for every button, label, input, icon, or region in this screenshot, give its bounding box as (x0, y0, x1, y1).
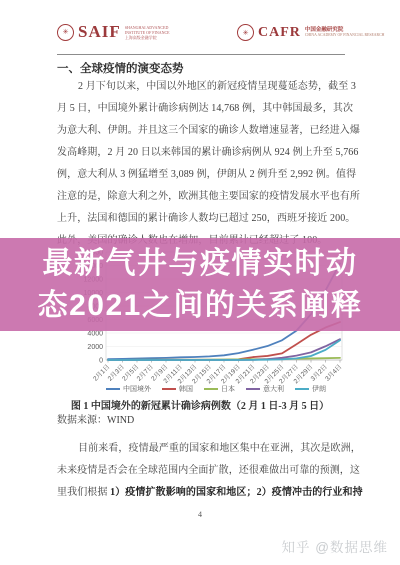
legend-line-swatch (106, 388, 120, 390)
header-logos: ✳ SAIF SHANGHAI ADVANCED INSTITUTE OF FI… (57, 20, 345, 50)
paragraph-line: 为意大利、伊朗。并且这三个国家的确诊人数增速显著，已经进入爆 (57, 120, 353, 142)
legend-label: 中国境外 (123, 384, 151, 394)
header-divider (57, 54, 345, 55)
paragraph-line: 2 月下旬以来，中国以外地区的新冠疫情呈现蔓延态势，截至 3 (57, 76, 353, 98)
cafr-seal-icon: ✳ (237, 24, 254, 41)
legend-label: 韩国 (179, 384, 193, 394)
legend-item: 意大利 (246, 384, 284, 394)
saif-logo: ✳ SAIF SHANGHAI ADVANCED INSTITUTE OF FI… (57, 22, 170, 42)
saif-seal-icon: ✳ (57, 24, 74, 41)
paragraph-outlook: 目前来看，疫情最严重的国家和地区集中在亚洲，其次是欧洲， 未来疫情是否会在全球范… (57, 438, 353, 504)
legend-item: 伊朗 (295, 384, 326, 394)
x-axis-tick-label: 3月4日 (323, 363, 343, 383)
y-axis-tick-label: 0 (99, 357, 103, 364)
cafr-logo: ✳ CAFR 中国金融研究院 CHINA ACADEMY OF FINANCIA… (237, 24, 384, 41)
saif-logo-text: SAIF (78, 22, 121, 42)
saif-sub-line: 上海高级金融学院 (125, 35, 170, 40)
saif-logo-subtext: SHANGHAI ADVANCED INSTITUTE OF FINANCE 上… (125, 25, 170, 40)
legend-label: 伊朗 (312, 384, 326, 394)
paragraph-line: 例，意大利从 3 例猛增至 3,089 例，伊朗从 2 例升至 2,992 例。… (57, 164, 353, 186)
legend-item: 中国境外 (106, 384, 151, 394)
paragraph-line: 注意的是，除意大利之外，欧洲其他主要国家的疫情发展水平也有所 (57, 186, 353, 208)
overlay-banner: 最新气井与疫情实时动 态2021之间的关系阐释 (0, 238, 400, 331)
paragraph-line: 上升，法国和德国的累计确诊人数均已超过 250，西班牙接近 200。 (57, 208, 353, 230)
banner-title-line2: 态2021之间的关系阐释 (38, 285, 363, 327)
legend-item: 韩国 (162, 384, 193, 394)
legend-line-swatch (204, 388, 218, 390)
legend-item: 日本 (204, 384, 235, 394)
line3-bold: 1）疫情扩散影响的国家和地区；2）疫情冲击的行业和持 (110, 487, 363, 498)
legend-label: 日本 (221, 384, 235, 394)
cafr-logo-text: CAFR (258, 25, 301, 41)
y-axis-tick-label: 2000 (87, 344, 103, 351)
section-title: 一、全球疫情的演变态势 (57, 60, 184, 76)
legend-label: 意大利 (263, 384, 284, 394)
chart-legend: 中国境外韩国日本意大利伊朗 (76, 384, 356, 394)
paragraph-line: 未来疫情是否会在全球范围内全面扩散，还很难做出可靠的预测，这 (57, 460, 353, 482)
banner-title-line1: 最新气井与疫情实时动 (43, 243, 358, 285)
legend-line-swatch (162, 388, 176, 390)
paragraph-line: 月 5 日，中国境外累计确诊病例达 14,768 例，其中韩国最多，其次 (57, 98, 353, 120)
paragraph-global-epidemic: 2 月下旬以来，中国以外地区的新冠疫情呈现蔓延态势，截至 3月 5 日，中国境外… (57, 76, 353, 252)
line3-normal: 里我们根据 (57, 487, 110, 498)
zhihu-watermark: 知乎 @数据思维 (282, 536, 388, 556)
series-line-伊朗 (108, 340, 340, 360)
figure-source: 数据来源：WIND (57, 411, 134, 426)
cafr-logo-subtext: 中国金融研究院 CHINA ACADEMY OF FINANCIAL RESEA… (305, 27, 384, 38)
page-number: 4 (0, 510, 400, 519)
document-page: ✳ SAIF SHANGHAI ADVANCED INSTITUTE OF FI… (0, 0, 400, 565)
paragraph-line: 发高峰期，2 月 20 日以来韩国的累计确诊病例从 924 例上升至 5,766 (57, 142, 353, 164)
figure-caption: 图 1 中国境外的新冠累计确诊病例数（2 月 1 日-3 月 5 日） (0, 397, 400, 412)
y-axis-tick-label: 4000 (87, 330, 103, 337)
legend-line-swatch (295, 388, 309, 390)
paragraph-line: 里我们根据 1）疫情扩散影响的国家和地区；2）疫情冲击的行业和持 (57, 482, 353, 504)
paragraph-line: 目前来看，疫情最严重的国家和地区集中在亚洲，其次是欧洲， (57, 438, 353, 460)
cafr-en-name: CHINA ACADEMY OF FINANCIAL RESEARCH (305, 33, 384, 38)
legend-line-swatch (246, 388, 260, 390)
